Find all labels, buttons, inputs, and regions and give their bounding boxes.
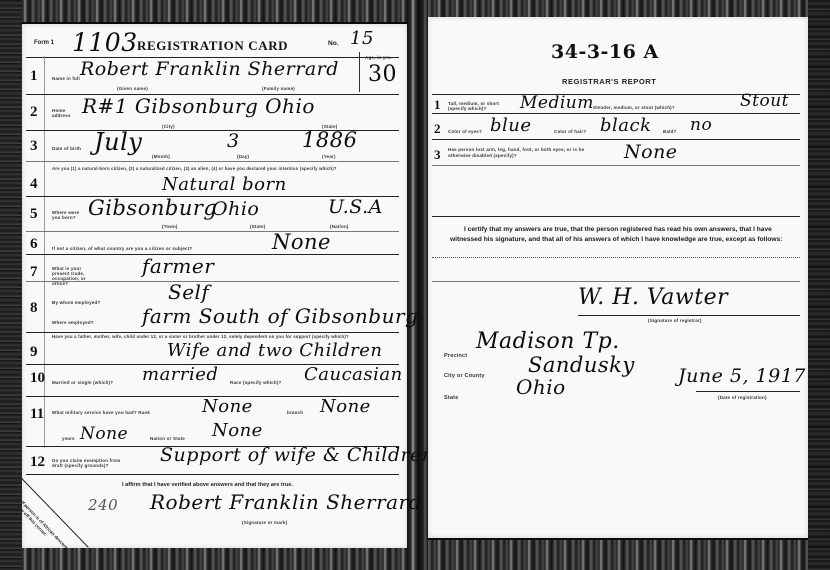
address-sublabel-city: (City): [162, 124, 175, 129]
film-border-left: [0, 0, 22, 570]
registrars-report: 34-3-16 A REGISTRAR'S REPORT 1 Tall, med…: [428, 17, 808, 538]
marital-status-value: married: [142, 364, 218, 385]
item-number-4: 4: [30, 176, 38, 193]
registration-card: Form 1 1103 REGISTRATION CARD No. 15 Age…: [22, 24, 407, 548]
disability-label: Has person lost arm, leg, hand, foot, or…: [448, 147, 598, 159]
rule: [26, 474, 399, 475]
signature-line: [578, 315, 800, 316]
dependents-label: Have you a father, mother, wife, child u…: [52, 334, 402, 339]
rule: [432, 216, 800, 217]
race-value: Caucasian: [304, 364, 403, 385]
height-value: Medium: [520, 93, 594, 113]
registrar-signature: W. H. Vawter: [578, 285, 728, 310]
eye-color-value: blue: [490, 115, 532, 136]
home-address-label: Home address: [52, 108, 76, 118]
birth-month-value: July: [94, 128, 142, 156]
military-service-label: What military service have you had? Rank: [52, 410, 150, 415]
certification-text: I certify that my answers are true, that…: [450, 225, 792, 245]
county-value: Sandusky: [528, 353, 635, 377]
disability-value: None: [624, 141, 678, 163]
work-location-value: farm South of Gibsonburg: [142, 304, 418, 328]
item-number-1: 1: [30, 68, 38, 85]
race-label: Race (specify which)?: [230, 380, 281, 385]
rule: [432, 257, 800, 258]
occupation-value: farmer: [142, 254, 214, 278]
birthplace-label: Where were you born?: [52, 210, 82, 220]
report-item-number-2: 2: [434, 121, 441, 137]
birthplace-sublabel-state: (State): [250, 224, 265, 229]
hair-color-label: Color of hair?: [554, 129, 586, 134]
age-label: Age, in yrs.: [365, 55, 392, 60]
item-number-10: 10: [30, 370, 45, 387]
no-label: No.: [328, 40, 338, 47]
birthplace-town-value: Gibsonburg: [88, 196, 217, 220]
item-number-6: 6: [30, 236, 38, 253]
birth-sublabel-year: (Year): [322, 154, 336, 159]
signature-caption: (Signature or mark): [242, 520, 287, 525]
birthplace-nation-value: U.S.A: [328, 196, 383, 218]
name-label: Name in full: [52, 76, 80, 81]
exemption-value: Support of wife & Children: [160, 444, 435, 466]
item-number-7: 7: [30, 264, 38, 281]
rule: [432, 139, 800, 140]
bald-value: no: [690, 115, 712, 135]
exemption-label: Do you claim exemption from draft (speci…: [52, 458, 124, 468]
foreign-citizenship-label: If not a citizen, of what country are yo…: [52, 246, 192, 251]
rule: [432, 281, 800, 282]
rule: [432, 113, 800, 114]
build-label: Slender, medium, or stout (which)?: [593, 105, 675, 110]
date-line: [696, 391, 800, 392]
birthplace-state-value: Ohio: [212, 198, 259, 220]
occupation-label: What is your present trade, occupation, …: [52, 266, 92, 286]
state-label: State: [444, 395, 458, 401]
citizenship-label: Are you (1) a natural-born citizen, (2) …: [52, 166, 402, 171]
item-number-9: 9: [30, 344, 38, 361]
serial-number: 1103: [72, 28, 138, 57]
rule: [26, 161, 399, 162]
name-sublabel-given: (Given name): [117, 86, 148, 91]
birthplace-sublabel-town: (Town): [162, 224, 178, 229]
precinct-value: Madison Tp.: [476, 329, 620, 354]
card-title: REGISTRATION CARD: [137, 38, 288, 54]
registration-date-value: June 5, 1917: [678, 365, 806, 387]
hair-color-value: black: [600, 115, 652, 136]
registrar-signature-caption: (Signature of registrar): [648, 318, 702, 323]
film-divider: [407, 0, 428, 570]
birthplace-sublabel-nation: (Nation): [330, 224, 349, 229]
registrant-signature: Robert Franklin Sherrard: [150, 490, 422, 514]
film-border-right: [808, 0, 830, 570]
report-item-number-3: 3: [434, 147, 441, 163]
number-column-divider: [44, 56, 45, 448]
precinct-label: Precinct: [444, 353, 467, 359]
rule: [26, 281, 399, 282]
age-value: 30: [368, 62, 397, 87]
name-sublabel-family: (Family name): [262, 86, 295, 91]
military-years-label: years: [62, 436, 75, 441]
form-label: Form 1: [34, 40, 54, 46]
report-title: REGISTRAR'S REPORT: [562, 77, 656, 86]
build-value: Stout: [740, 91, 789, 111]
rule: [26, 332, 399, 333]
item-number-3: 3: [30, 138, 38, 155]
registration-date-caption: (Date of registration): [718, 395, 767, 400]
foreign-citizenship-value: None: [272, 230, 331, 254]
military-nation-label: Nation or State: [150, 436, 185, 441]
item-number-12: 12: [30, 454, 45, 471]
military-years-value: None: [80, 424, 128, 444]
military-rank-value: None: [202, 396, 253, 417]
item-number-5: 5: [30, 206, 38, 223]
employer-label: By whom employed?: [52, 300, 100, 305]
eye-color-label: Color of eyes?: [448, 129, 482, 134]
rule: [432, 165, 800, 166]
report-item-number-1: 1: [434, 97, 441, 113]
card-number: 15: [350, 28, 374, 49]
rule: [26, 231, 399, 232]
county-label: City or County: [444, 373, 485, 379]
birth-sublabel-day: (Day): [237, 154, 249, 159]
name-value: Robert Franklin Sherrard: [80, 58, 339, 80]
tear-off-corner: If person is of African descent, tear of…: [22, 478, 92, 548]
birth-year-value: 1886: [302, 128, 357, 152]
height-label: Tall, medium, or short (specify which)?: [448, 101, 518, 111]
item-number-11: 11: [30, 406, 44, 423]
birth-sublabel-month: (Month): [152, 154, 170, 159]
serial-stamp: 34-3-16 A: [551, 41, 659, 63]
military-nation-value: None: [212, 420, 263, 441]
bald-label: Bald?: [663, 129, 677, 134]
affirmation-text: I affirm that I have verified above answ…: [122, 482, 293, 488]
birth-date-label: Date of birth: [52, 146, 81, 151]
citizenship-value: Natural born: [162, 174, 287, 195]
item-number-8: 8: [30, 300, 38, 317]
stamp-number: 240: [88, 496, 118, 514]
military-branch-value: None: [320, 396, 371, 417]
work-location-label: Where employed?: [52, 320, 94, 325]
birth-day-value: 3: [227, 130, 240, 152]
home-address-value: R#1 Gibsonburg Ohio: [82, 94, 315, 118]
item-number-2: 2: [30, 104, 38, 121]
marital-status-label: Married or single (which)?: [52, 380, 113, 385]
state-value: Ohio: [516, 375, 566, 399]
employer-value: Self: [168, 280, 209, 304]
military-branch-label: branch: [287, 410, 303, 415]
dependents-value: Wife and two Children: [167, 340, 383, 361]
